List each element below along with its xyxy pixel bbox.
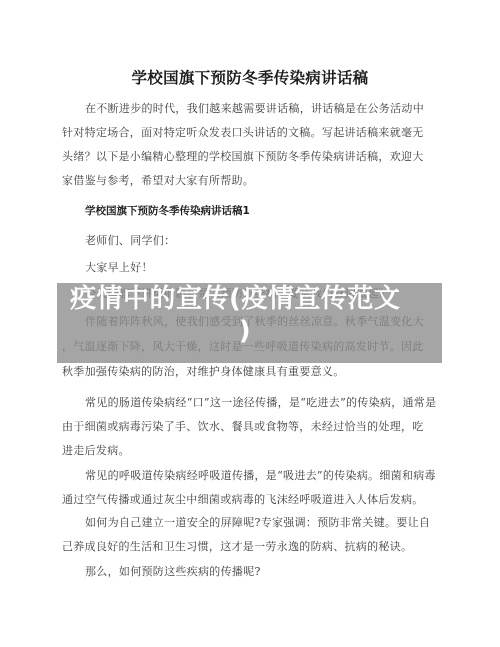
greeting: 老师们、同学们： xyxy=(85,232,175,248)
intestinal-line-3: 进走后发病。 xyxy=(62,442,130,458)
autumn-line-3: 秋季加强传染病的防治，对维护身体健康具有重要意义。 xyxy=(62,363,345,379)
intro-line-3: 头绪？以下是小编精心整理的学校国旗下预防冬季传染病讲话稿，欢迎大 xyxy=(62,148,424,164)
intro-line-1: 在不断进步的时代，我们越来越需要讲话稿，讲话稿是在公务活动中 xyxy=(85,100,424,116)
barrier-line-1: 如何为自己建立一道安全的屏障呢?专家强调：预防非常关键。要让自 xyxy=(85,514,430,530)
overlay-headline: 疫情中的宣传(疫情宣传范文 ) xyxy=(70,283,430,347)
document-title: 学校国旗下预防冬季传染病讲话稿 xyxy=(0,66,500,88)
intestinal-line-1: 常见的肠道传染病经“口”这一途径传播，是“吃进去”的传染病，通常是 xyxy=(85,394,436,410)
intro-line-4: 家借鉴与参考，希望对大家有所帮助。 xyxy=(62,172,254,188)
intro-line-2: 针对特定场合，面对特定听众发表口头讲话的文稿。写起讲话稿来就毫无 xyxy=(62,124,424,140)
barrier-line-2: 己养成良好的生活和卫生习惯，这才是一劳永逸的防病、抗病的秘诀。 xyxy=(62,538,412,554)
respiratory-line-1: 常见的呼吸道传染病经呼吸道传播，是“吸进去”的传染病。细菌和病毒 xyxy=(85,467,436,483)
intestinal-line-2: 由于细菌或病毒污染了手、饮水、餐具或食物等，未经过恰当的处理，吃 xyxy=(62,418,424,434)
section-heading: 学校国旗下预防冬季传染病讲话稿1 xyxy=(85,203,250,218)
question-line: 那么，如何预防这些疾病的传播呢? xyxy=(85,563,261,579)
respiratory-line-2: 通过空气传播或通过灰尘中细菌或病毒的飞沫经呼吸道进入人体后发病。 xyxy=(62,491,424,507)
good-morning: 大家早上好！ xyxy=(85,259,153,275)
overlay-headline-line-2: ) xyxy=(70,315,430,347)
overlay-headline-line-1: 疫情中的宣传(疫情宣传范文 xyxy=(70,283,430,315)
document-page: 学校国旗下预防冬季传染病讲话稿 在不断进步的时代，我们越来越需要讲话稿，讲话稿是… xyxy=(0,0,500,647)
